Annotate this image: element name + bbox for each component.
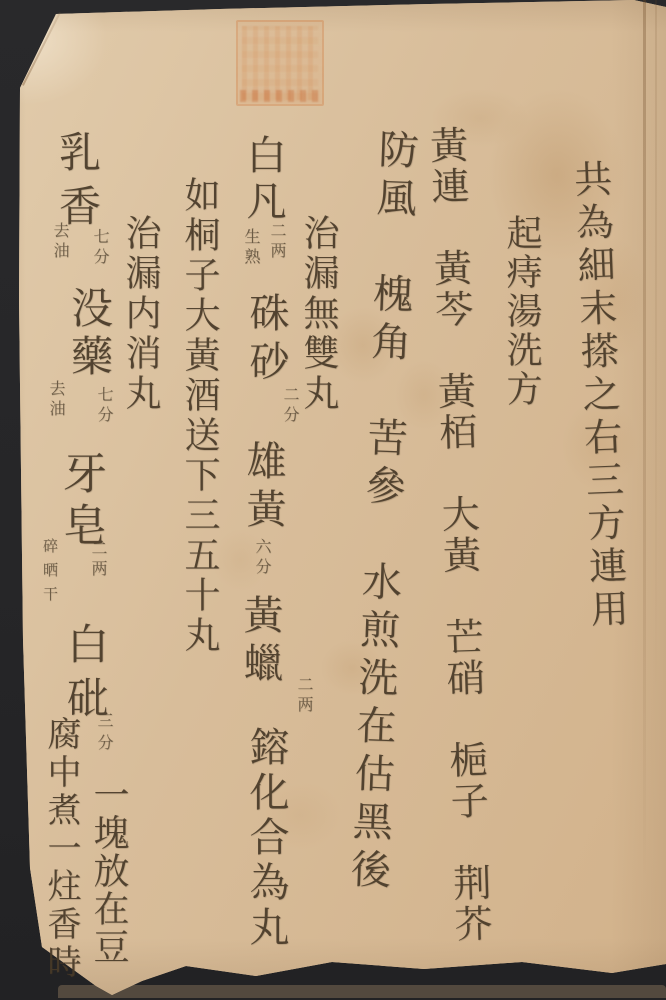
herb-huangla-text: 黃蠟 [240,594,280,690]
seal-texture [242,26,318,100]
recipe-title-wash-text: 起痔湯洗方 [503,214,539,409]
herb-moyao-text: 没藥 [68,286,110,382]
instruction-melt-text: 鎔化合為丸 [246,726,286,951]
herb-yazao-text: 牙皂 [58,450,102,554]
annot-baifan-dose-text: 二两 [269,222,285,262]
vertical-crease-right [655,0,657,700]
scan-backdrop: 共為細末搽之右三方連用 起痔湯洗方 黃連 黃芩 黃栢 大黃 芒硝 梔子 荆芥 防… [0,0,666,1000]
annot-moyao-prep-text: 去油 [48,380,64,420]
instruction-tofu-2-text: 腐中煮一炷香時 [44,716,78,982]
annot-yazao-prep-text: 碎晒干 [42,538,57,610]
annot-ruxiang-dose-text: 七分 [92,228,108,268]
vertical-crease [643,0,646,880]
seal-stamp [236,20,324,106]
annot-baifan-prep-text: 生熟 [243,228,259,268]
herb-xionghuang-text: 雄黃 [243,440,283,536]
seal-bottom-row [240,90,320,102]
herb-zhusha-text: 硃砂 [246,292,286,388]
annot-moyao-dose-text: 七分 [96,386,112,426]
underlying-page-edge [58,985,666,998]
annot-zhusha-dose-text: 二分 [282,386,298,426]
instruction-tofu-1-text: 一塊放在豆 [90,776,126,966]
herb-baifan-text: 白凡 [243,134,283,226]
instruction-dose-text: 如桐子大黃酒送下三五十丸 [181,176,217,656]
annot-huangla-dose-text: 二两 [296,676,312,716]
annot-baipi-dose-text: 三分 [96,712,112,756]
annot-yazao-dose-text: 二两 [90,540,106,580]
recipe-title-neixiao-text: 治漏内消丸 [122,214,158,414]
annot-ruxiang-prep-text: 去油 [52,222,68,262]
recipe-title-wushuang-text: 治漏無雙丸 [300,214,336,414]
annot-xionghuang-dose-text: 六分 [254,538,270,578]
